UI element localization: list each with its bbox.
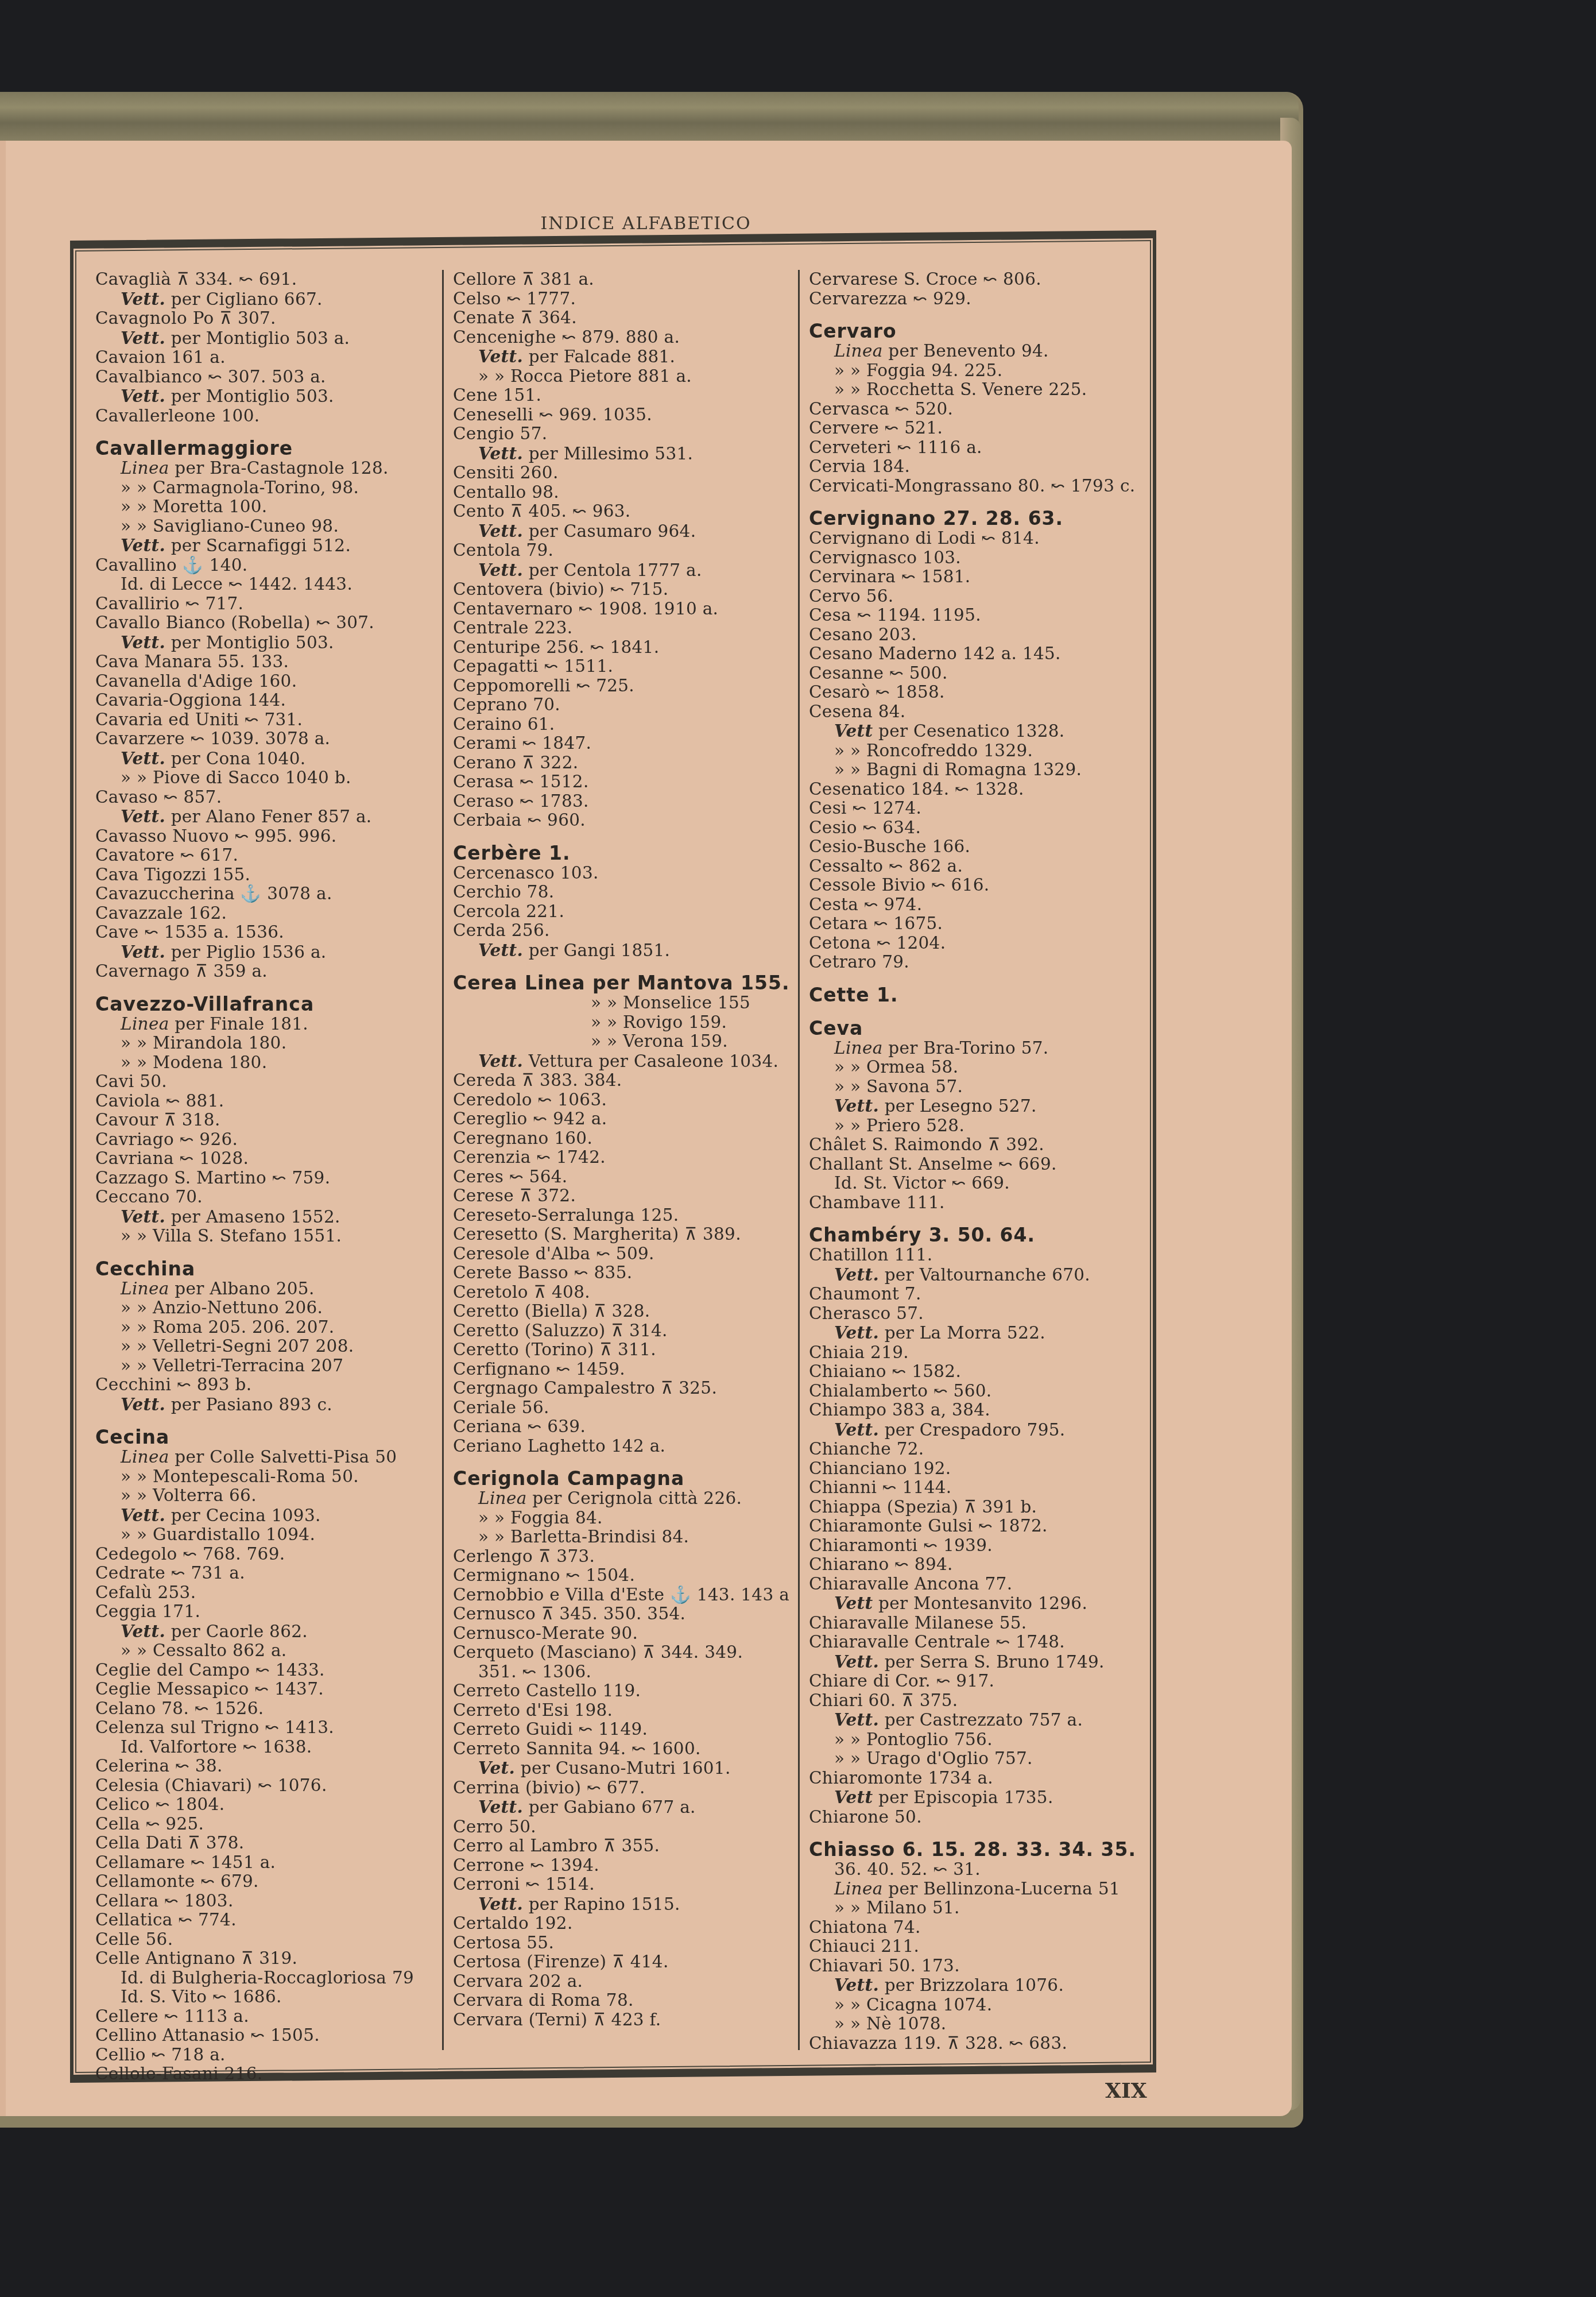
index-entry: Cesanne ↜ 500.: [809, 664, 1137, 683]
index-entry: Cava Manara 55. 133.: [95, 652, 442, 672]
index-entry: Chiarano ↜ 894.: [809, 1555, 1137, 1575]
index-entry: 36. 40. 52. ↜ 31.: [809, 1860, 1137, 1880]
index-heading-entry: Cerignola Campagna: [453, 1468, 798, 1489]
index-entry: Id. St. Victor ↜ 669.: [809, 1174, 1137, 1193]
index-entry: Cavanella d'Adige 160.: [95, 672, 442, 691]
index-entry: Challant St. Anselme ↜ 669.: [809, 1155, 1137, 1174]
index-entry: Cervicati-Mongrassano 80. ↜ 1793 c.: [809, 477, 1137, 496]
index-entry: Vett. per Pasiano 893 c.: [95, 1395, 442, 1415]
index-entry: Id. di Bulgheria-Roccagloriosa 79: [95, 1969, 442, 1988]
index-entry: Cerreto d'Esi 198.: [453, 1701, 798, 1720]
index-entry: Vett. per Centola 1777 a.: [453, 560, 798, 581]
index-entry: Vett per Episcopia 1735.: [809, 1788, 1137, 1808]
index-entry: Chiavazza 119. ⊼ 328. ↜ 683.: [809, 2034, 1137, 2054]
index-entry: Ceretolo ⊼ 408.: [453, 1283, 798, 1302]
index-entry: Ceriano Laghetto 142 a.: [453, 1437, 798, 1456]
index-entry: Chianche 72.: [809, 1440, 1137, 1459]
index-entry: Cefalù 253.: [95, 1583, 442, 1603]
index-entry: Vett. per Rapino 1515.: [453, 1894, 798, 1915]
index-entry: » » Velletri-Terracina 207: [95, 1356, 442, 1376]
index-entry: Linea per Colle Salvetti-Pisa 50: [95, 1448, 442, 1467]
book-top-edge: [0, 92, 1299, 144]
index-heading-entry: Cavezzo-Villafranca: [95, 994, 442, 1015]
index-entry: » » Carmagnola-Torino, 98.: [95, 478, 442, 498]
index-entry: Chiaravalle Centrale ↜ 1748.: [809, 1633, 1137, 1652]
index-entry: » » Modena 180.: [95, 1053, 442, 1073]
index-entry: Linea per Albano 205.: [95, 1279, 442, 1299]
index-entry: Cavallirio ↜ 717.: [95, 594, 442, 614]
index-column-1: Cavaglià ⊼ 334. ↜ 691.Vett. per Cigliano…: [86, 270, 442, 2050]
index-entry: Cellio ↜ 718 a.: [95, 2045, 442, 2065]
index-entry: Cergnago Campalestro ⊼ 325.: [453, 1379, 798, 1398]
index-entry: Cavalbianco ↜ 307. 503 a.: [95, 368, 442, 387]
index-column-3: Cervarese S. Croce ↜ 806.Cervarezza ↜ 92…: [798, 270, 1137, 2050]
index-entry: Cerlengo ⊼ 373.: [453, 1547, 798, 1567]
index-entry: » » Verona 159.: [453, 1032, 798, 1051]
index-entry: Cavallo Bianco (Robella) ↜ 307.: [95, 613, 442, 633]
index-entry: Censiti 260.: [453, 463, 798, 483]
index-entry: Cerda 256.: [453, 921, 798, 941]
index-entry: Linea per Cerignola città 226.: [453, 1489, 798, 1509]
index-entry: Celico ↜ 1804.: [95, 1795, 442, 1815]
index-entry: Centrale 223.: [453, 618, 798, 638]
index-entry: » » Foggia 94. 225.: [809, 361, 1137, 381]
index-entry: Cavi 50.: [95, 1072, 442, 1092]
index-entry: Cavazuccherina ⚓ 3078 a.: [95, 884, 442, 904]
index-entry: Cetara ↜ 1675.: [809, 914, 1137, 934]
index-entry: Cerasa ↜ 1512.: [453, 772, 798, 792]
index-entry: Cesano Maderno 142 a. 145.: [809, 644, 1137, 664]
index-entry: Vet. per Cusano-Mutri 1601.: [453, 1758, 798, 1778]
index-entry: Chiavari 50. 173.: [809, 1956, 1137, 1976]
index-heading-entry: Cavallermaggiore: [95, 438, 442, 459]
index-entry: » » Cicagna 1074.: [809, 1996, 1137, 2015]
index-heading-entry: Ceva: [809, 1018, 1137, 1039]
index-entry: Cervinara ↜ 1581.: [809, 567, 1137, 587]
index-entry: Chiaramonte Gulsi ↜ 1872.: [809, 1517, 1137, 1536]
index-entry: Cavaso ↜ 857.: [95, 788, 442, 807]
index-entry: Cerete Basso ↜ 835.: [453, 1263, 798, 1283]
index-entry: Cereglio ↜ 942 a.: [453, 1109, 798, 1129]
index-entry: » » Barletta-Brindisi 84.: [453, 1528, 798, 1547]
index-entry: » » Moretta 100.: [95, 497, 442, 517]
index-entry: Vett. per Piglio 1536 a.: [95, 942, 442, 962]
index-entry: Cervere ↜ 521.: [809, 419, 1137, 438]
index-entry: Cesio ↜ 634.: [809, 818, 1137, 838]
index-entry: Cavernago ⊼ 359 a.: [95, 962, 442, 981]
index-entry: Chiaia 219.: [809, 1343, 1137, 1363]
index-entry: Cesano 203.: [809, 625, 1137, 645]
index-entry: Ceglie del Campo ↜ 1433.: [95, 1661, 442, 1680]
index-entry: Chianciano 192.: [809, 1459, 1137, 1479]
index-entry: Chianni ↜ 1144.: [809, 1478, 1137, 1498]
index-entry: Cene 151.: [453, 386, 798, 405]
index-entry: Vett. per Valtournanche 670.: [809, 1265, 1137, 1285]
index-entry: Cerrone ↜ 1394.: [453, 1856, 798, 1876]
index-entry: Cervignasco 103.: [809, 548, 1137, 568]
index-entry: Id. S. Vito ↜ 1686.: [95, 1987, 442, 2007]
index-entry: Châlet S. Raimondo ⊼ 392.: [809, 1135, 1137, 1155]
index-entry: Celerina ↜ 38.: [95, 1757, 442, 1776]
index-entry: Cavallino ⚓ 140.: [95, 556, 442, 575]
index-entry: » » Monselice 155: [453, 993, 798, 1013]
index-entry: Cavaria-Oggiona 144.: [95, 691, 442, 710]
index-entry: » » Savona 57.: [809, 1077, 1137, 1097]
index-entry: Vett per Montesanvito 1296.: [809, 1594, 1137, 1614]
index-entry: » » Velletri-Segni 207 208.: [95, 1337, 442, 1356]
index-entry: Ceprano 70.: [453, 695, 798, 715]
index-entry: Cessalto ↜ 862 a.: [809, 857, 1137, 876]
index-entry: » » Mirandola 180.: [95, 1034, 442, 1053]
index-entry: Cernobbio e Villa d'Este ⚓ 143. 143 a: [453, 1586, 798, 1605]
index-entry: Caviola ↜ 881.: [95, 1092, 442, 1111]
index-entry: Cengio 57.: [453, 424, 798, 444]
index-entry: Certaldo 192.: [453, 1914, 798, 1933]
index-entry: » » Bagni di Romagna 1329.: [809, 760, 1137, 780]
index-entry: Ceresole d'Alba ↜ 509.: [453, 1244, 798, 1264]
index-entry: Chiaiano ↜ 1582.: [809, 1362, 1137, 1382]
index-entry: Cellamare ↜ 1451 a.: [95, 1853, 442, 1873]
index-entry: Vett. per Casumaro 964.: [453, 521, 798, 542]
index-entry: » » Villa S. Stefano 1551.: [95, 1227, 442, 1246]
index-entry: Cavasso Nuovo ↜ 995. 996.: [95, 827, 442, 846]
index-entry: Cellore ⊼ 381 a.: [453, 270, 798, 289]
index-entry: Cerveteri ↜ 1116 a.: [809, 438, 1137, 458]
index-entry: Cavriana ↜ 1028.: [95, 1149, 442, 1169]
index-entry: Cervia 184.: [809, 457, 1137, 477]
index-entry: Cavaglià ⊼ 334. ↜ 691.: [95, 270, 442, 289]
index-entry: Cessole Bivio ↜ 616.: [809, 876, 1137, 895]
index-entry: Cervasca ↜ 520.: [809, 400, 1137, 419]
index-entry: Cellara ↜ 1803.: [95, 1892, 442, 1911]
index-entry: Vett. per Amaseno 1552.: [95, 1207, 442, 1227]
index-entry: » » Roncofreddo 1329.: [809, 741, 1137, 761]
index-entry: Vett. per Cecina 1093.: [95, 1506, 442, 1526]
index-entry: Cerreto Castello 119.: [453, 1681, 798, 1701]
index-entry: Vett. per Castrezzato 757 a.: [809, 1710, 1137, 1730]
index-entry: » » Pontoglio 756.: [809, 1730, 1137, 1750]
index-entry: Cereseto-Serralunga 125.: [453, 1206, 798, 1225]
index-entry: Cerreto Sannita 94. ↜ 1600.: [453, 1739, 798, 1759]
index-entry: Vett per Cesenatico 1328.: [809, 721, 1137, 741]
index-entry: Cerro 50.: [453, 1818, 798, 1837]
index-entry: Chiarone 50.: [809, 1808, 1137, 1827]
index-entry: Vett. per Montiglio 503.: [95, 633, 442, 653]
index-entry: Cereda ⊼ 383. 384.: [453, 1071, 798, 1091]
index-heading-entry: Cervaro: [809, 321, 1137, 342]
index-entry: Vett. per Cona 1040.: [95, 749, 442, 769]
index-entry: Cerfignano ↜ 1459.: [453, 1360, 798, 1379]
index-entry: » » Savigliano-Cuneo 98.: [95, 517, 442, 536]
index-entry: Centavernaro ↜ 1908. 1910 a.: [453, 600, 798, 619]
index-entry: Cervo 56.: [809, 587, 1137, 606]
index-entry: Vett. per Cigliano 667.: [95, 289, 442, 310]
index-entry: Chiauci 211.: [809, 1937, 1137, 1956]
index-entry: Celso ↜ 1777.: [453, 289, 798, 309]
index-entry: Ceriale 56.: [453, 1398, 798, 1418]
index-entry: Chiappa (Spezia) ⊼ 391 b.: [809, 1498, 1137, 1517]
index-entry: Vett. per Alano Fener 857 a.: [95, 807, 442, 827]
index-entry: » » Ormea 58.: [809, 1058, 1137, 1077]
index-entry: Ceregnano 160.: [453, 1129, 798, 1148]
index-entry: Cerese ⊼ 372.: [453, 1186, 798, 1206]
index-entry: Cervara di Roma 78.: [453, 1991, 798, 2010]
index-entry: Cervara (Terni) ⊼ 423 f.: [453, 2010, 798, 2030]
index-entry: Chatillon 111.: [809, 1246, 1137, 1265]
index-entry: Ceglie Messapico ↜ 1437.: [95, 1680, 442, 1699]
index-entry: Ceresetto (S. Margherita) ⊼ 389.: [453, 1225, 798, 1244]
index-entry: » » Anzio-Nettuno 206.: [95, 1298, 442, 1318]
index-entry: Cervignano di Lodi ↜ 814.: [809, 529, 1137, 548]
index-entry: Ceneselli ↜ 969. 1035.: [453, 405, 798, 425]
index-entry: Vett. per Montiglio 503.: [95, 386, 442, 407]
index-entry: Cellino Attanasio ↜ 1505.: [95, 2026, 442, 2045]
index-entry: Cavallerleone 100.: [95, 407, 442, 426]
index-heading-entry: Cerea Linea per Mantova 155.: [453, 973, 798, 993]
index-entry: Cetona ↜ 1204.: [809, 934, 1137, 953]
index-entry: Cencenighe ↜ 879. 880 a.: [453, 328, 798, 347]
index-entry: Vett. per Scarnafiggi 512.: [95, 536, 442, 556]
index-entry: Vett. per Caorle 862.: [95, 1622, 442, 1642]
index-entry: Ceraso ↜ 1783.: [453, 792, 798, 811]
index-heading-entry: Chambéry 3. 50. 64.: [809, 1225, 1137, 1246]
index-entry: Ceretto (Saluzzo) ⊼ 314.: [453, 1321, 798, 1341]
index-entry: Cerqueto (Masciano) ⊼ 344. 349.: [453, 1643, 798, 1662]
index-entry: Cedrate ↜ 731 a.: [95, 1564, 442, 1583]
index-entry: Id. di Lecce ↜ 1442. 1443.: [95, 575, 442, 594]
index-entry: Certosa 55.: [453, 1933, 798, 1953]
index-entry: Centuripe 256. ↜ 1841.: [453, 638, 798, 658]
index-heading-entry: Cerbère 1.: [453, 843, 798, 864]
index-entry: Cercola 221.: [453, 902, 798, 922]
index-entry: Chaumont 7.: [809, 1285, 1137, 1304]
index-entry: » » Priero 528.: [809, 1116, 1137, 1136]
index-entry: Ceretto (Biella) ⊼ 328.: [453, 1302, 798, 1321]
index-entry: Cella Dati ⊼ 378.: [95, 1834, 442, 1853]
index-entry: Cernusco ⊼ 345. 350. 354.: [453, 1604, 798, 1624]
index-entry: » » Rocchetta S. Venere 225.: [809, 380, 1137, 400]
index-heading-entry: Cervignano 27. 28. 63.: [809, 508, 1137, 529]
index-entry: Cellamonte ↜ 679.: [95, 1872, 442, 1892]
index-entry: Cesio-Busche 166.: [809, 837, 1137, 857]
index-entry: Vett. Vettura per Casaleone 1034.: [453, 1051, 798, 1072]
index-entry: Chiaravalle Milanese 55.: [809, 1614, 1137, 1633]
index-entry: » » Rovigo 159.: [453, 1013, 798, 1033]
index-entry: Cesarò ↜ 1858.: [809, 683, 1137, 702]
index-entry: Cerroni ↜ 1514.: [453, 1875, 798, 1894]
index-entry: 351. ↜ 1306.: [453, 1662, 798, 1682]
index-entry: Centola 79.: [453, 541, 798, 560]
index-entry: Cesta ↜ 974.: [809, 895, 1137, 915]
index-entry: Vett. per Serra S. Bruno 1749.: [809, 1652, 1137, 1672]
index-entry: » » Rocca Pietore 881 a.: [453, 367, 798, 386]
index-entry: Cerami ↜ 1847.: [453, 734, 798, 753]
index-entry: Cellere ↜ 1113 a.: [95, 2007, 442, 2027]
index-entry: Cavatore ↜ 617.: [95, 846, 442, 865]
index-entry: Vett. per La Morra 522.: [809, 1323, 1137, 1343]
index-entry: » » Montepescali-Roma 50.: [95, 1467, 442, 1487]
index-entry: Chiaromonte 1734 a.: [809, 1769, 1137, 1788]
index-entry: Cepagatti ↜ 1511.: [453, 657, 798, 676]
index-entry: Chiare di Cor. ↜ 917.: [809, 1672, 1137, 1691]
index-entry: Cavaion 161 a.: [95, 348, 442, 368]
index-entry: Cherasco 57.: [809, 1304, 1137, 1324]
index-entry: Vett. per Gabiano 677 a.: [453, 1797, 798, 1818]
index-heading-entry: Cette 1.: [809, 985, 1137, 1006]
index-entry: Ceredolo ↜ 1063.: [453, 1091, 798, 1110]
index-entry: Linea per Benevento 94.: [809, 342, 1137, 361]
index-entry: » » Guardistallo 1094.: [95, 1525, 442, 1545]
index-entry: Cesenatico 184. ↜ 1328.: [809, 780, 1137, 799]
index-entry: Cerenzia ↜ 1742.: [453, 1148, 798, 1167]
index-entry: Cetraro 79.: [809, 953, 1137, 972]
index-entry: Vett. per Lesegno 527.: [809, 1096, 1137, 1116]
index-entry: Ceres ↜ 564.: [453, 1167, 798, 1187]
index-entry: Vett. per Montiglio 503 a.: [95, 328, 442, 349]
index-entry: Cecchini ↜ 893 b.: [95, 1375, 442, 1395]
index-entry: Cellatica ↜ 774.: [95, 1911, 442, 1930]
index-entry: Ceppomorelli ↜ 725.: [453, 676, 798, 696]
index-entry: Chiatona 74.: [809, 1918, 1137, 1938]
index-entry: Cerrina (bivio) ↜ 677.: [453, 1778, 798, 1798]
index-entry: Certosa (Firenze) ⊼ 414.: [453, 1952, 798, 1972]
index-entry: Cavour ⊼ 318.: [95, 1111, 442, 1130]
index-entry: Centallo 98.: [453, 483, 798, 502]
index-entry: » » Urago d'Oglio 757.: [809, 1749, 1137, 1769]
index-entry: Cavagnolo Po ⊼ 307.: [95, 309, 442, 328]
index-entry: Celano 78. ↜ 1526.: [95, 1699, 442, 1719]
index-entry: » » Foggia 84.: [453, 1509, 798, 1528]
index-entry: Celle Antignano ⊼ 319.: [95, 1949, 442, 1969]
index-entry: Cesa ↜ 1194. 1195.: [809, 606, 1137, 625]
index-entry: Cella ↜ 925.: [95, 1815, 442, 1834]
index-entry: Cerro al Lambro ⊼ 355.: [453, 1836, 798, 1856]
index-entry: Vett. per Crespadoro 795.: [809, 1420, 1137, 1440]
index-entry: Linea per Finale 181.: [95, 1015, 442, 1034]
index-entry: Chialamberto ↜ 560.: [809, 1382, 1137, 1401]
index-entry: Cernusco-Merate 90.: [453, 1624, 798, 1644]
index-entry: Cento ⊼ 405. ↜ 963.: [453, 502, 798, 521]
index-entry: Cavazzale 162.: [95, 904, 442, 923]
index-entry: Cervara 202 a.: [453, 1972, 798, 1991]
index-entry: Cesi ↜ 1274.: [809, 799, 1137, 818]
index-entry: Ceccano 70.: [95, 1188, 442, 1207]
index-entry: Cercenasco 103.: [453, 864, 798, 883]
index-entry: Chiaravalle Ancona 77.: [809, 1575, 1137, 1594]
index-entry: » » Cessalto 862 a.: [95, 1641, 442, 1661]
index-entry: Vett. per Gangi 1851.: [453, 941, 798, 961]
index-entry: Cenate ⊼ 364.: [453, 308, 798, 328]
index-entry: Linea per Bellinzona-Lucerna 51: [809, 1880, 1137, 1899]
index-heading-entry: Chiasso 6. 15. 28. 33. 34. 35.: [809, 1839, 1137, 1860]
page-number: XIX: [1105, 2079, 1147, 2103]
index-heading-entry: Cecina: [95, 1427, 442, 1448]
index-entry: Ceraino 61.: [453, 715, 798, 734]
index-entry: Cavaria ed Uniti ↜ 731.: [95, 710, 442, 730]
index-entry: Id. Valfortore ↜ 1638.: [95, 1738, 442, 1757]
index-entry: Chambave 111.: [809, 1193, 1137, 1213]
index-columns: Cavaglià ⊼ 334. ↜ 691.Vett. per Cigliano…: [86, 270, 1137, 2050]
index-entry: Ceggia 171.: [95, 1602, 442, 1622]
index-entry: Vett. per Brizzolara 1076.: [809, 1975, 1137, 1996]
index-entry: » » Piove di Sacco 1040 b.: [95, 768, 442, 788]
index-entry: » » Roma 205. 206. 207.: [95, 1318, 442, 1337]
index-entry: Cava Tigozzi 155.: [95, 865, 442, 885]
index-entry: Ceretto (Torino) ⊼ 311.: [453, 1340, 798, 1360]
index-entry: Cerano ⊼ 322.: [453, 753, 798, 773]
index-entry: Celle 56.: [95, 1930, 442, 1950]
index-entry: Cedegolo ↜ 768. 769.: [95, 1545, 442, 1564]
index-heading-entry: Cecchina: [95, 1259, 442, 1279]
index-entry: Celenza sul Trigno ↜ 1413.: [95, 1718, 442, 1738]
index-entry: Celesia (Chiavari) ↜ 1076.: [95, 1776, 442, 1796]
index-entry: Cermignano ↜ 1504.: [453, 1566, 798, 1586]
index-entry: Vett. per Falcade 881.: [453, 347, 798, 367]
index-entry: Cazzago S. Martino ↜ 759.: [95, 1169, 442, 1188]
index-entry: Cerchio 78.: [453, 883, 798, 902]
index-entry: Cesena 84.: [809, 702, 1137, 722]
index-entry: Cavarzere ↜ 1039. 3078 a.: [95, 729, 442, 749]
index-column-2: Cellore ⊼ 381 a.Celso ↜ 1777.Cenate ⊼ 36…: [442, 270, 798, 2050]
index-entry: Linea per Bra-Castagnole 128.: [95, 459, 442, 478]
index-entry: Chiari 60. ⊼ 375.: [809, 1691, 1137, 1711]
index-entry: Cavriago ↜ 926.: [95, 1130, 442, 1150]
index-entry: Centovera (bivio) ↜ 715.: [453, 580, 798, 600]
index-entry: » » Milano 51.: [809, 1898, 1137, 1918]
index-entry: Vett. per Millesimo 531.: [453, 444, 798, 464]
index-entry: Chiaramonti ↜ 1939.: [809, 1536, 1137, 1556]
index-entry: Ceriana ↜ 639.: [453, 1417, 798, 1437]
index-entry: Cervarese S. Croce ↜ 806.: [809, 270, 1137, 289]
index-entry: Cerreto Guidi ↜ 1149.: [453, 1720, 798, 1739]
index-entry: Cervarezza ↜ 929.: [809, 289, 1137, 309]
index-entry: » » Nè 1078.: [809, 2014, 1137, 2034]
index-entry: » » Volterra 66.: [95, 1486, 442, 1506]
index-entry: Linea per Bra-Torino 57.: [809, 1039, 1137, 1058]
index-entry: Cave ↜ 1535 a. 1536.: [95, 923, 442, 942]
index-entry: Cerbaia ↜ 960.: [453, 811, 798, 830]
index-entry: Chiampo 383 a, 384.: [809, 1401, 1137, 1420]
index-entry: Cellole-Fasani 216.: [95, 2064, 442, 2084]
